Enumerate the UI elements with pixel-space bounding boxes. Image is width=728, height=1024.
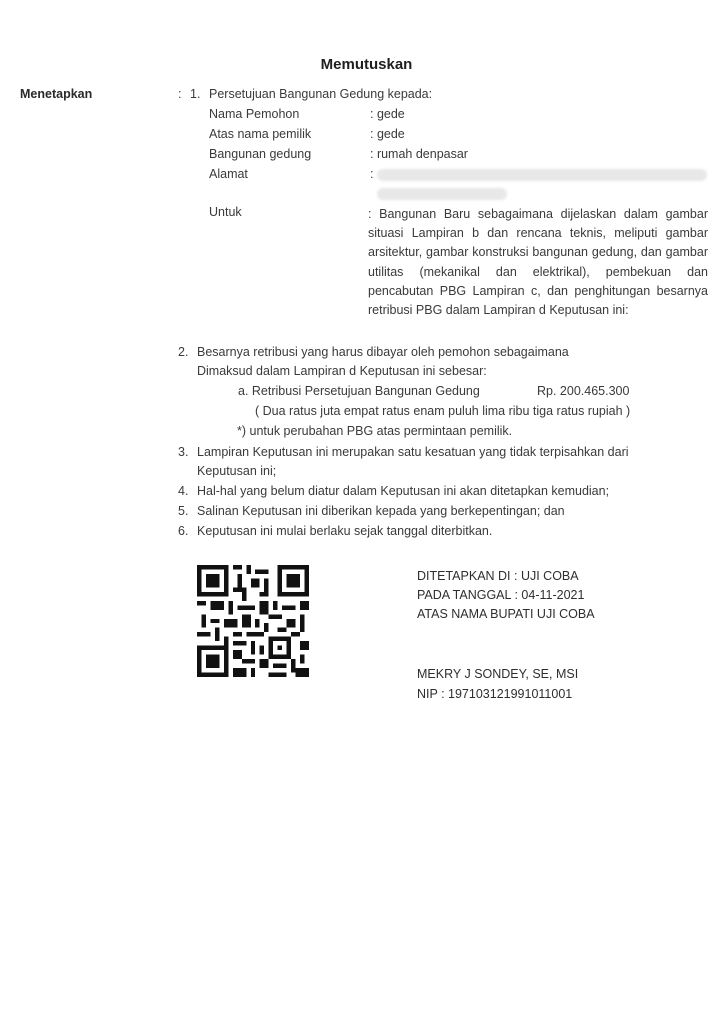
field-label-alamat: Alamat	[209, 167, 248, 181]
item-5-number: 5.	[178, 504, 188, 518]
signatory-name: MEKRY J SONDEY, SE, MSI	[417, 664, 578, 684]
pada-tanggal: PADA TANGGAL : 04-11-2021	[417, 585, 584, 605]
item-6-text: Keputusan ini mulai berlaku sejak tangga…	[197, 524, 492, 538]
field-value-alamat: :	[370, 167, 707, 181]
field-value-atas-nama-pemilik: : gede	[370, 127, 405, 141]
qr-code-icon	[197, 565, 309, 677]
field-value-bangunan-gedung: : rumah denpasar	[370, 147, 468, 161]
atas-nama: ATAS NAMA BUPATI UJI COBA	[417, 604, 595, 624]
signatory-nip: NIP : 197103121991011001	[417, 684, 572, 704]
item-2-line-1: Besarnya retribusi yang harus dibayar ol…	[197, 345, 569, 359]
field-label-nama-pemohon: Nama Pemohon	[209, 107, 299, 121]
alamat-colon: :	[370, 167, 373, 181]
redacted-address-line-2	[377, 188, 507, 200]
redacted-address-line-1	[377, 169, 707, 181]
item-4-text: Hal-hal yang belum diatur dalam Keputusa…	[197, 484, 609, 498]
field-value-untuk: : Bangunan Baru sebagaimana dijelaskan d…	[368, 205, 708, 320]
ditetapkan-di: DITETAPKAN DI : UJI COBA	[417, 566, 579, 586]
field-value-alamat-line-2	[377, 186, 507, 200]
item-4-number: 4.	[178, 484, 188, 498]
field-label-atas-nama-pemilik: Atas nama pemilik	[209, 127, 311, 141]
field-label-untuk: Untuk	[209, 205, 242, 219]
item-3-number: 3.	[178, 445, 188, 459]
item-3-line-2: Keputusan ini;	[197, 464, 276, 478]
retribusi-note: *) untuk perubahan PBG atas permintaan p…	[237, 424, 512, 438]
item-1-number: 1.	[190, 87, 200, 101]
menetapkan-label: Menetapkan	[20, 87, 92, 101]
item-6-number: 6.	[178, 524, 188, 538]
document-title: Memutuskan	[0, 56, 728, 73]
item-2-number: 2.	[178, 345, 188, 359]
menetapkan-colon: :	[178, 87, 181, 101]
retribusi-amount-words: ( Dua ratus juta empat ratus enam puluh …	[255, 404, 630, 418]
item-5-text: Salinan Keputusan ini diberikan kepada y…	[197, 504, 565, 518]
field-value-nama-pemohon: : gede	[370, 107, 405, 121]
item-2-line-2: Dimaksud dalam Lampiran d Keputusan ini …	[197, 364, 487, 378]
field-label-bangunan-gedung: Bangunan gedung	[209, 147, 311, 161]
retribusi-amount: Rp. 200.465.300	[537, 384, 629, 398]
item-1-text: Persetujuan Bangunan Gedung kepada:	[209, 87, 432, 101]
item-3-line-1: Lampiran Keputusan ini merupakan satu ke…	[197, 445, 629, 459]
retribusi-label: a. Retribusi Persetujuan Bangunan Gedung	[238, 384, 480, 398]
